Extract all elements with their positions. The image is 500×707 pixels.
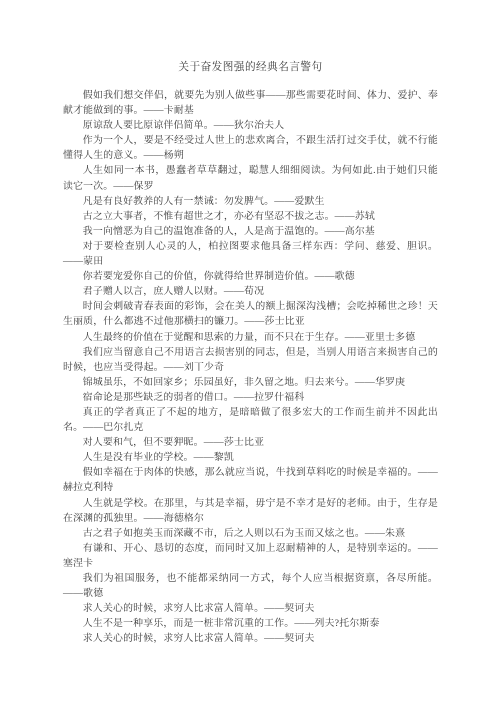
quote-paragraph: 原谅敌人要比原谅伴侣简单。——狄尔治夫人 [63, 118, 438, 133]
quote-paragraph: 我一向憎恶为自己的温饱准备的人，人是高于温饱的。——高尔基 [63, 224, 438, 239]
quote-paragraph: 有谦和、开心、恳切的态度，而同时又加上忍耐精神的人，是特别幸运的。——塞涅卡 [63, 541, 438, 571]
quote-paragraph: 宿命论是那些缺乏的弱者的借口。——拉罗什福科 [63, 390, 438, 405]
quote-paragraph: 我们为祖国服务，也不能都采纳同一方式，每个人应当根据资禀，各尽所能。——歌德 [63, 571, 438, 601]
quote-paragraph: 假如幸福在于肉体的快感，那么就应当说，牛找到草料吃的时候是幸福的。——赫拉克利特 [63, 465, 438, 495]
quote-paragraph: 求人关心的时候，求穷人比求富人简单。——契诃夫 [63, 631, 438, 646]
quote-paragraph: 作为一个人，要是不经受过人世上的悲欢离合，不跟生活打过交手仗，就不行能懂得人生的… [63, 133, 438, 163]
quote-paragraph: 时间会刺破青春表面的彩饰，会在美人的额上掘深沟浅槽；会吃掉稀世之珍！天生丽质，什… [63, 299, 438, 329]
quote-paragraph: 对人要和气，但不要狎昵。——莎士比亚 [63, 435, 438, 450]
quote-paragraph: 古之立大事者，不惟有超世之才，亦必有坚忍不拔之志。——苏轼 [63, 209, 438, 224]
quote-paragraph: 求人关心的时候，求穷人比求富人简单。——契诃夫 [63, 601, 438, 616]
quote-paragraph: 你若要宠爱你自己的价值，你就得给世界制造价值。——歌德 [63, 269, 438, 284]
quote-paragraph: 人生最终的价值在于觉醒和思索的力量，而不只在于生存。——亚里士多德 [63, 330, 438, 345]
quote-paragraph: 人生不是一种享乐，而是一桩非常沉重的工作。——列夫?托尔斯泰 [63, 616, 438, 631]
quote-paragraph: 人生是没有毕业的学校。——黎凯 [63, 450, 438, 465]
quote-paragraph: 君子赠人以言，庶人赠人以财。——荀况 [63, 284, 438, 299]
quote-paragraph: 真正的学者真正了不起的地方，是暗暗做了很多宏大的工作而生前并不因此出名。——巴尔… [63, 405, 438, 435]
quote-paragraph: 假如我们想交伴侣，就要先为别人做些事——那些需要花时间、体力、爱护、奉献才能做到… [63, 88, 438, 118]
document-title: 关于奋发图强的经典名言警句 [63, 60, 438, 75]
document-page: 关于奋发图强的经典名言警句 假如我们想交伴侣，就要先为别人做些事——那些需要花时… [0, 0, 500, 707]
quote-paragraph: 对于要检查别人心灵的人，柏拉图要求他具备三样东西：学问、慈爱、胆识。——蒙田 [63, 239, 438, 269]
quote-paragraph: 凡是有良好教养的人有一禁诫：勿发脾气。——爱默生 [63, 194, 438, 209]
quote-paragraph: 人生如同一本书，愚蠢者草草翻过，聪慧人细细阅读。为何如此.由于她们只能读它一次。… [63, 163, 438, 193]
quote-paragraph: 人生就是学校。在那里，与其是幸福，毋宁是不幸才是好的老师。由于，生存是在深渊的孤… [63, 496, 438, 526]
quote-paragraph: 我们应当留意自己不用语言去损害别的同志，但是，当别人用语言来损害自己的时候，也应… [63, 345, 438, 375]
quote-paragraph: 锦城虽乐，不如回家乡；乐园虽好，非久留之地。归去来兮。——华罗庚 [63, 375, 438, 390]
quote-paragraph: 古之君子如抱美玉而深藏不市，后之人则以石为玉而又炫之也。——朱熹 [63, 526, 438, 541]
